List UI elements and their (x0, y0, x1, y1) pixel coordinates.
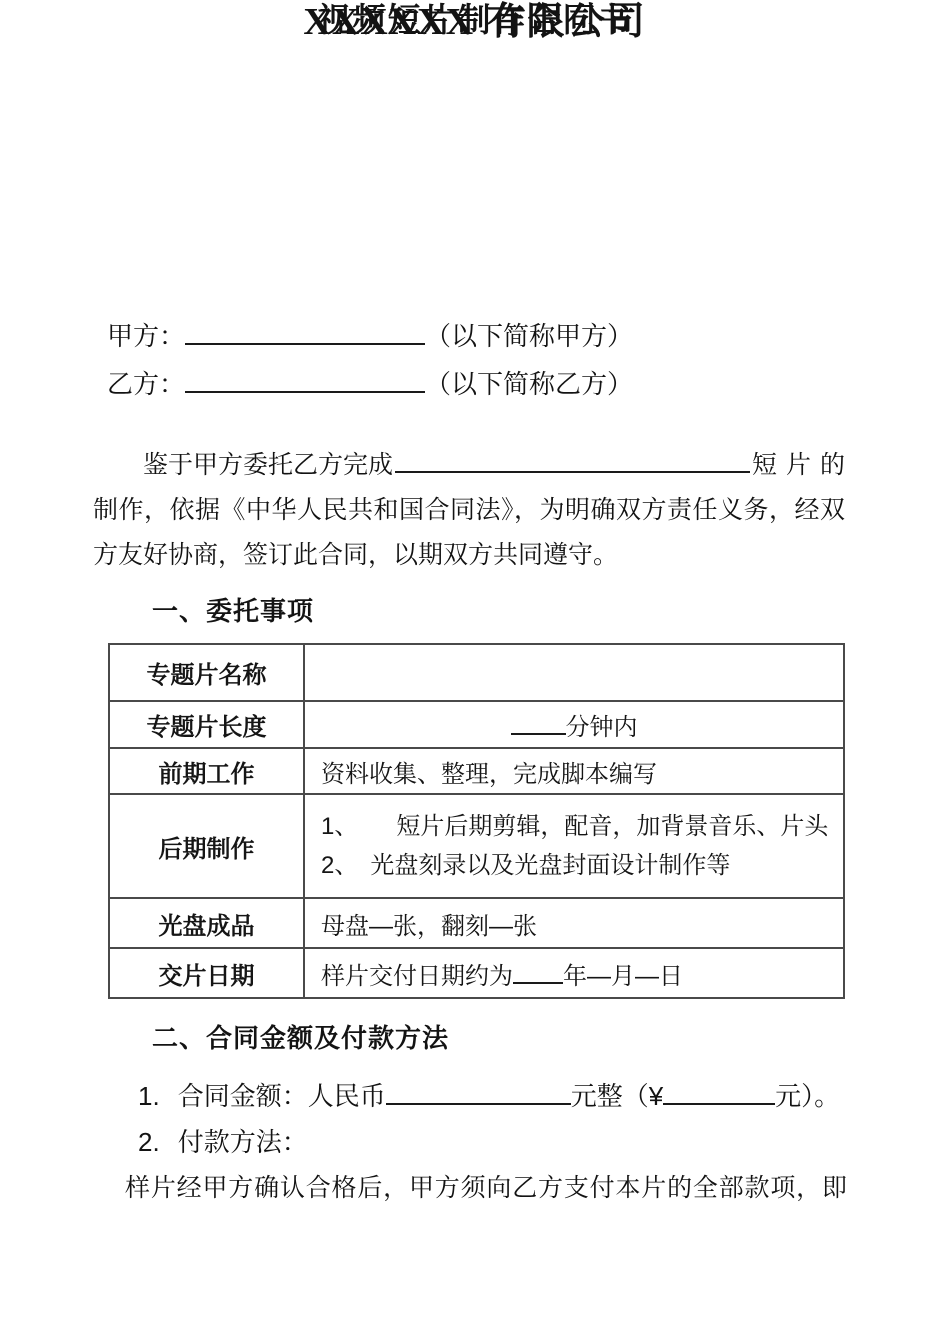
amount-figures-fill-in-blank (663, 1102, 775, 1105)
payment-method-line: 2. 付款方法： (138, 1126, 860, 1158)
payment-method-label: 付款方法： (178, 1126, 308, 1158)
item-number: 1. (138, 1080, 160, 1112)
party-a-note: （以下简称甲方） (425, 320, 633, 352)
party-a-label: 甲方： (107, 320, 185, 352)
amount-mid: 元整（¥ (571, 1080, 663, 1112)
table-row-delivery-date: 交片日期 样片交付日期约为 年—月—日 (109, 948, 844, 998)
list-item-text: 光盘刻录以及光盘封面设计制作等 (370, 846, 730, 885)
item-number: 2. (138, 1126, 160, 1158)
table-row-disc-product: 光盘成品 母盘—张，翻刻—张 (109, 898, 844, 948)
preamble-paragraph: 鉴于甲方委托乙方完成 短片的 制作，依据《中华人民共和国合同法》，为明确双方责任… (93, 443, 845, 578)
party-a-line: 甲方： （以下简称甲方） (107, 320, 847, 352)
party-b-line: 乙方： （以下简称乙方） (107, 368, 847, 400)
list-item-text: 短片后期剪辑，配音，加背景音乐、片头 (396, 807, 828, 846)
post-production-item-2: 2、 光盘刻录以及光盘封面设计制作等 (321, 846, 843, 885)
table-row-post-production: 后期制作 1、 短片后期剪辑，配音，加背景音乐、片头 2、 光盘刻录以及光盘封面… (109, 794, 844, 898)
row-label: 后期制作 (109, 794, 304, 898)
row-label: 交片日期 (109, 948, 304, 998)
row-content: 分钟内 (304, 701, 844, 748)
row-label: 专题片长度 (109, 701, 304, 748)
list-item-number: 2、 (321, 846, 358, 885)
row-label: 光盘成品 (109, 898, 304, 948)
table-row-film-name: 专题片名称 (109, 644, 844, 701)
party-a-fill-in-blank (185, 342, 425, 345)
preamble-line-3: 方友好协商，签订此合同，以期双方共同遵守。 (93, 533, 845, 578)
party-b-fill-in-blank (185, 390, 425, 393)
delivery-date-suffix: 年—月—日 (563, 956, 683, 991)
row-label: 专题片名称 (109, 644, 304, 701)
year-fill-in-blank (513, 981, 563, 984)
preamble-line-2: 制作，依据《中华人民共和国合同法》，为明确双方责任义务，经双 (93, 488, 845, 533)
table-row-pre-production: 前期工作 资料收集、整理，完成脚本编写 (109, 748, 844, 794)
list-item-number: 1、 (321, 807, 358, 846)
amount-suffix: 元）。 (775, 1080, 840, 1112)
document-page: { "colors": { "text": "#131313", "table_… (0, 0, 950, 1344)
payment-terms-paragraph: 样片经甲方确认合格后，甲方须向乙方支付本片的全部款项，即 (125, 1172, 847, 1204)
commission-items-table: 专题片名称 专题片长度 分钟内 前期工作 资料收集、整理，完成脚本编写 后期制作… (108, 643, 845, 999)
preamble-line-1: 鉴于甲方委托乙方完成 短片的 (93, 443, 845, 488)
minutes-suffix: 分钟内 (566, 707, 638, 742)
table-row-film-length: 专题片长度 分钟内 (109, 701, 844, 748)
row-content (304, 644, 844, 701)
delivery-date-prefix: 样片交付日期约为 (321, 956, 513, 991)
row-content: 1、 短片后期剪辑，配音，加背景音乐、片头 2、 光盘刻录以及光盘封面设计制作等 (304, 794, 844, 898)
amount-prefix: 合同金额：人民币 (178, 1080, 386, 1112)
section-2-heading: 二、合同金额及付款方法 (152, 1023, 449, 1053)
preamble-line1-suffix: 短片的 (752, 443, 854, 488)
party-b-note: （以下简称乙方） (425, 368, 633, 400)
post-production-item-1: 1、 短片后期剪辑，配音，加背景音乐、片头 (321, 807, 843, 846)
row-content: 母盘—张，翻刻—张 (304, 898, 844, 948)
row-label: 前期工作 (109, 748, 304, 794)
document-title: 视频短片制作合同书 (0, 0, 950, 40)
minutes-fill-in-blank (511, 732, 566, 735)
party-b-label: 乙方： (107, 368, 185, 400)
contract-amount-line: 1. 合同金额：人民币 元整（¥ 元）。 (138, 1080, 860, 1112)
amount-words-fill-in-blank (386, 1102, 571, 1105)
row-content: 资料收集、整理，完成脚本编写 (304, 748, 844, 794)
row-content: 样片交付日期约为 年—月—日 (304, 948, 844, 998)
film-name-fill-in-blank (395, 470, 750, 473)
preamble-line1-prefix: 鉴于甲方委托乙方完成 (143, 443, 393, 488)
section-1-heading: 一、委托事项 (152, 596, 314, 626)
